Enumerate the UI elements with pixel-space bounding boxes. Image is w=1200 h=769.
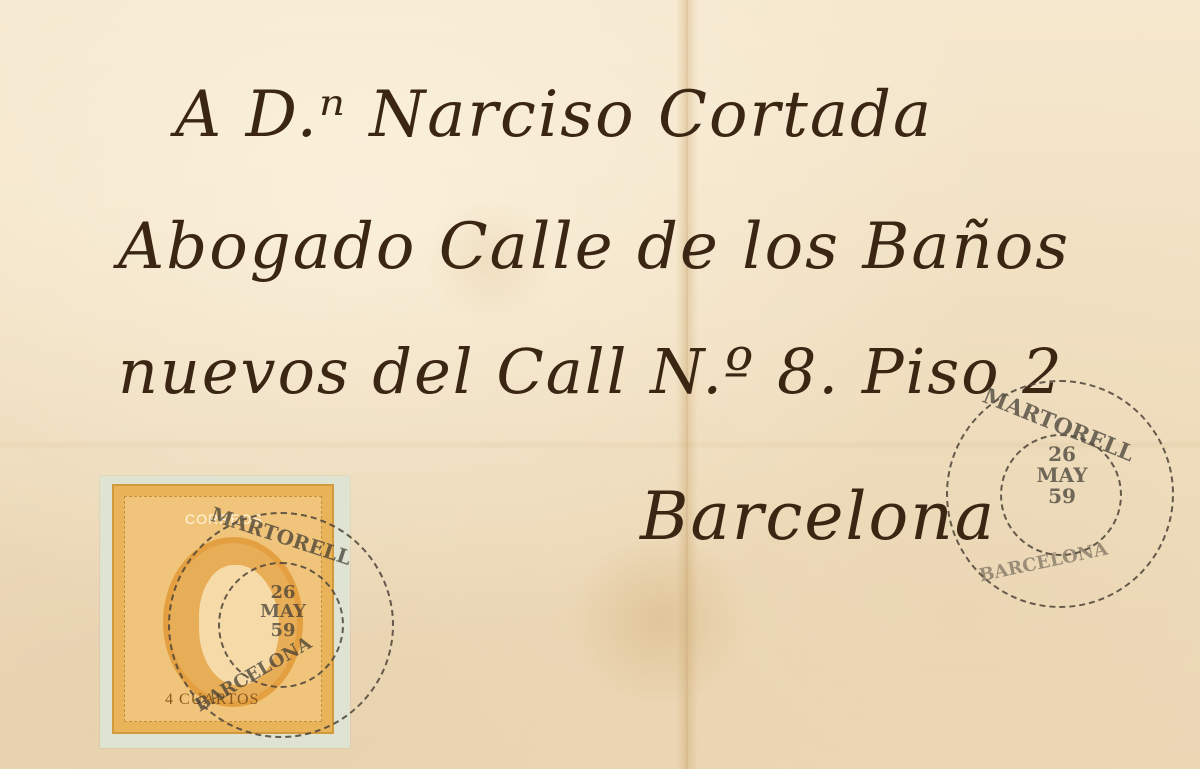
postmark-month: MAY (258, 603, 308, 622)
paper-stain (560, 540, 760, 700)
postmark-date: 26 MAY 59 (258, 584, 308, 641)
postmark-right: MARTORELL BARCELONA 26 MAY 59 (946, 380, 1174, 608)
address-line-street-number: nuevos del Call N.º 8. Piso 2 (118, 335, 1064, 408)
address-line-profession-street: Abogado Calle de los Baños (118, 210, 1070, 284)
postmark-year: 59 (1036, 486, 1088, 507)
postmark-year: 59 (258, 622, 308, 641)
address-line-city: Barcelona (640, 478, 996, 555)
postmark-on-stamp: MARTORELL BARCELONA 26 MAY 59 (168, 512, 394, 738)
postmark-month: MAY (1036, 465, 1088, 486)
postmark-date: 26 MAY 59 (1036, 444, 1088, 507)
letter-cover: A D.ⁿ Narciso Cortada Abogado Calle de l… (0, 0, 1200, 769)
address-line-recipient: A D.ⁿ Narciso Cortada (175, 78, 933, 152)
postmark-day: 26 (1036, 444, 1088, 465)
